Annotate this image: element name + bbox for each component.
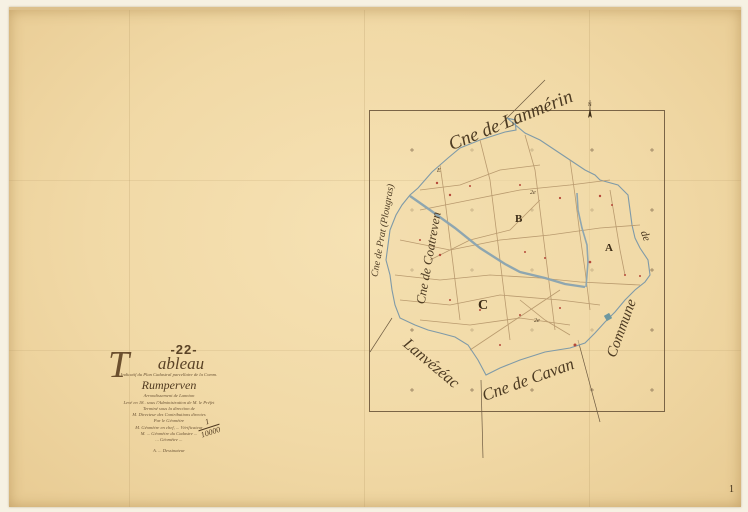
north-arrow-icon: N — [588, 103, 592, 118]
sheet-number: 1 — [729, 484, 734, 495]
section-label-b: B — [515, 213, 522, 225]
sub-section-label: 2e — [530, 190, 536, 196]
sub-section-label: E — [437, 168, 441, 174]
section-label-a: A — [605, 242, 613, 254]
svg-text:N: N — [588, 103, 592, 108]
sub-section-label: 2e — [534, 318, 540, 324]
section-label-c: C — [478, 298, 488, 314]
